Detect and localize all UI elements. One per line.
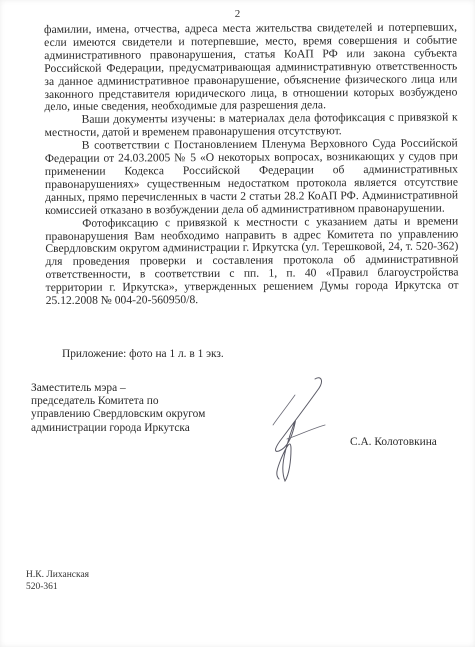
paragraph-supreme-court-ruling: В соответствии с Постановлением Пленума … — [45, 138, 458, 218]
signer-title-line: администрации города Иркутска — [31, 422, 205, 435]
page-number: 2 — [0, 8, 475, 20]
paragraph-instructions: Фотофиксацию с привязкой к местности с у… — [45, 215, 459, 308]
attachment-note: Приложение: фото на 1 л. в 1 экз. — [62, 348, 224, 360]
paragraph-documents-reviewed: Ваши документы изучены: в материалах дел… — [45, 112, 458, 140]
signer-title-line: Заместитель мэра – — [31, 382, 205, 395]
signer-title-line: управлению Свердловским округом — [31, 408, 205, 421]
signer-title-line: председатель Комитета по — [31, 395, 205, 408]
executor-phone: 520-361 — [26, 582, 89, 594]
signer-title: Заместитель мэра – председатель Комитета… — [31, 382, 205, 435]
executor-info: Н.К. Лиханская 520-361 — [26, 570, 89, 593]
letter-body: фамилии, имена, отчества, адреса места ж… — [44, 21, 459, 307]
handwritten-signature-icon — [255, 375, 345, 485]
signer-name: С.А. Колотовкина — [350, 436, 437, 448]
executor-name: Н.К. Лиханская — [26, 570, 89, 582]
paragraph-continuation: фамилии, имена, отчества, адреса места ж… — [44, 21, 458, 114]
